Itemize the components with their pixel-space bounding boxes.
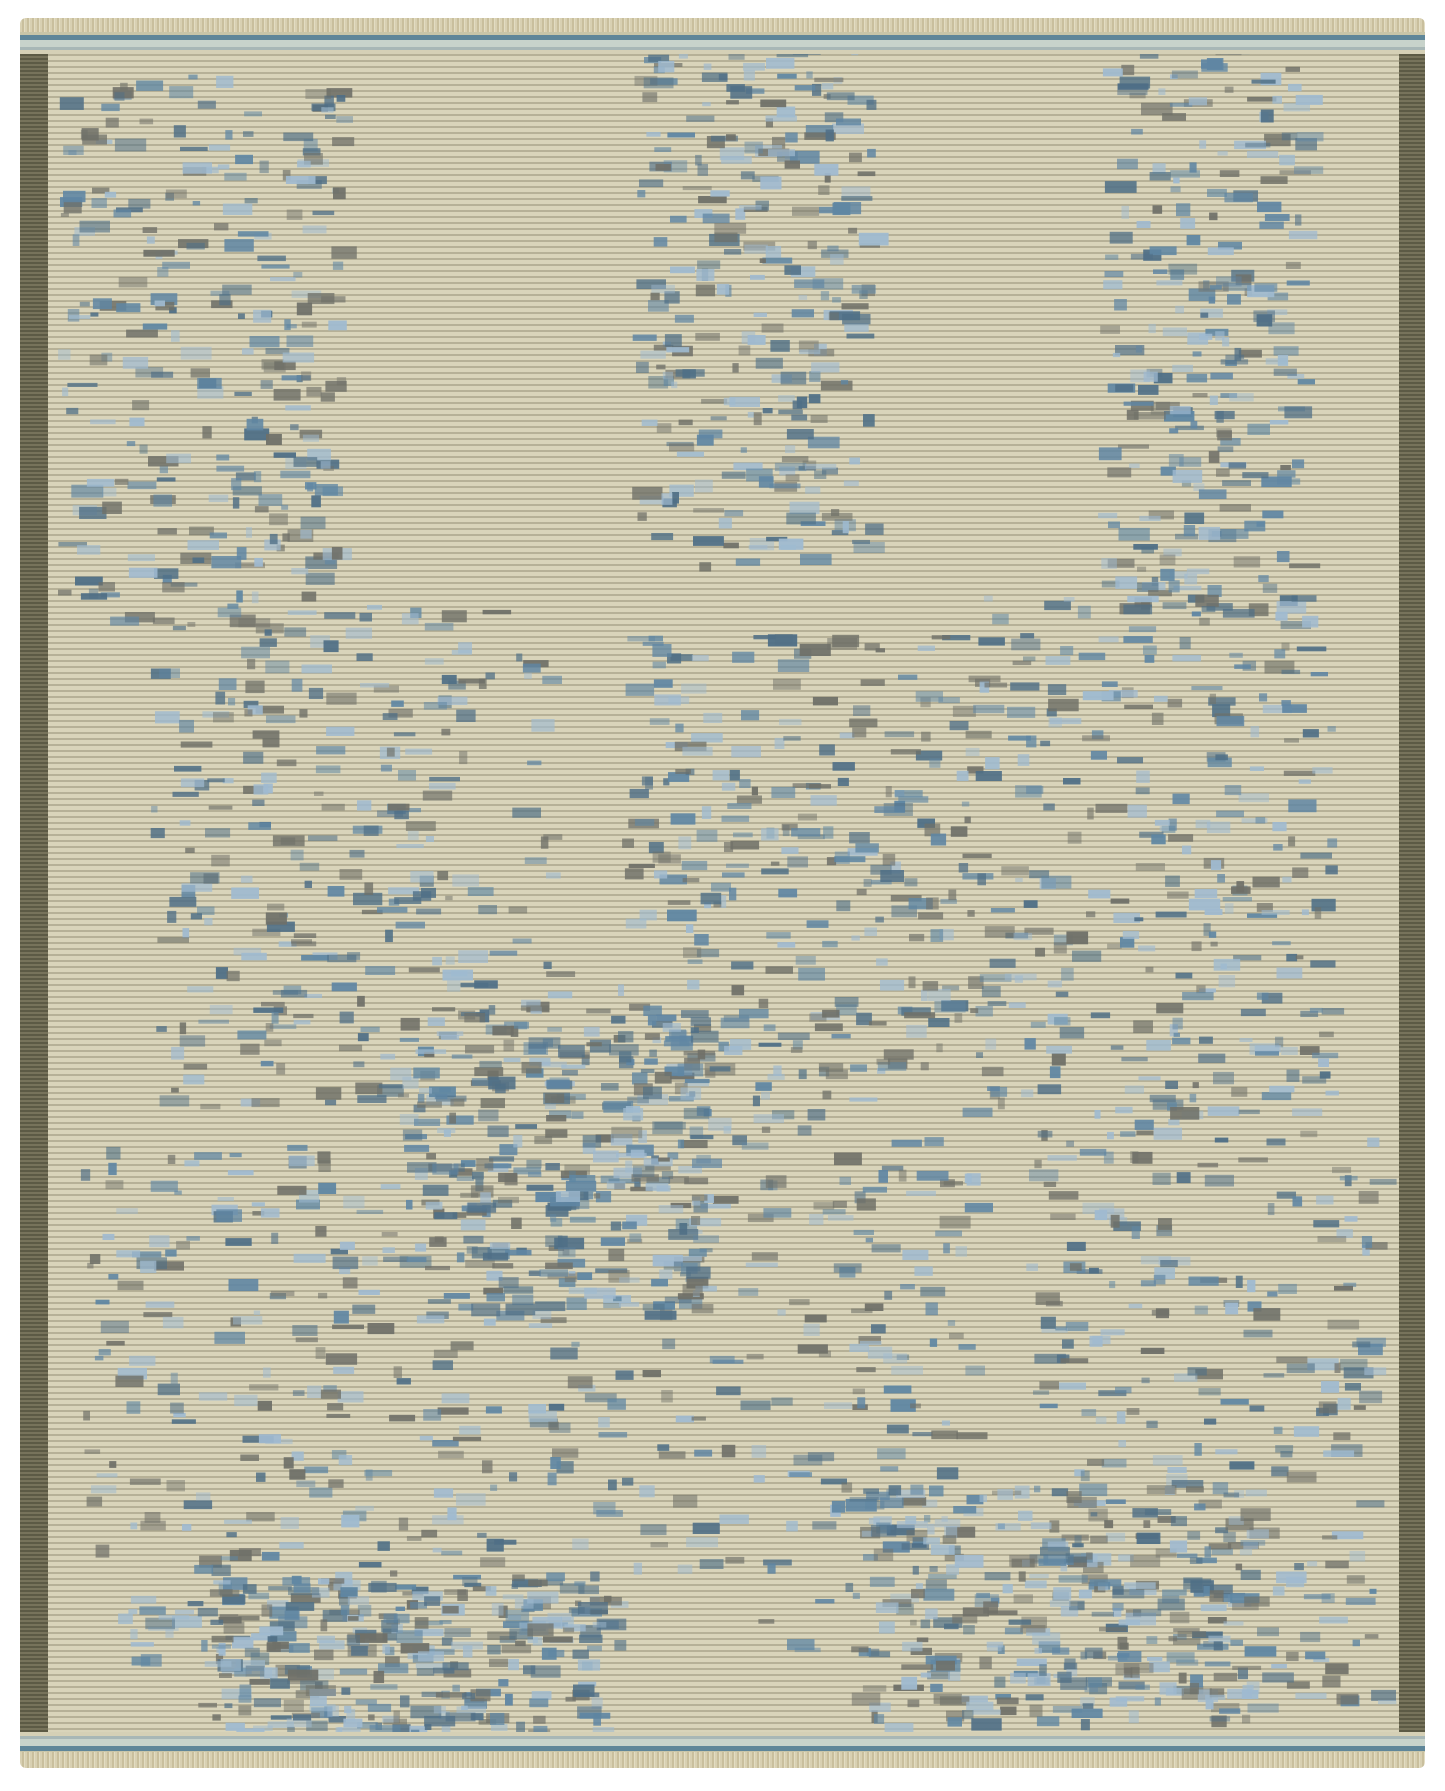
right-border (1399, 54, 1425, 1732)
bottom-fringe (20, 1752, 1425, 1768)
rug (20, 18, 1425, 1768)
left-border (20, 54, 48, 1732)
abstract-pattern (48, 54, 1399, 1732)
bottom-end-stripe (20, 1732, 1425, 1754)
rug-inner-field (48, 54, 1399, 1732)
top-end-stripe (20, 32, 1425, 54)
rug-field (20, 54, 1425, 1732)
